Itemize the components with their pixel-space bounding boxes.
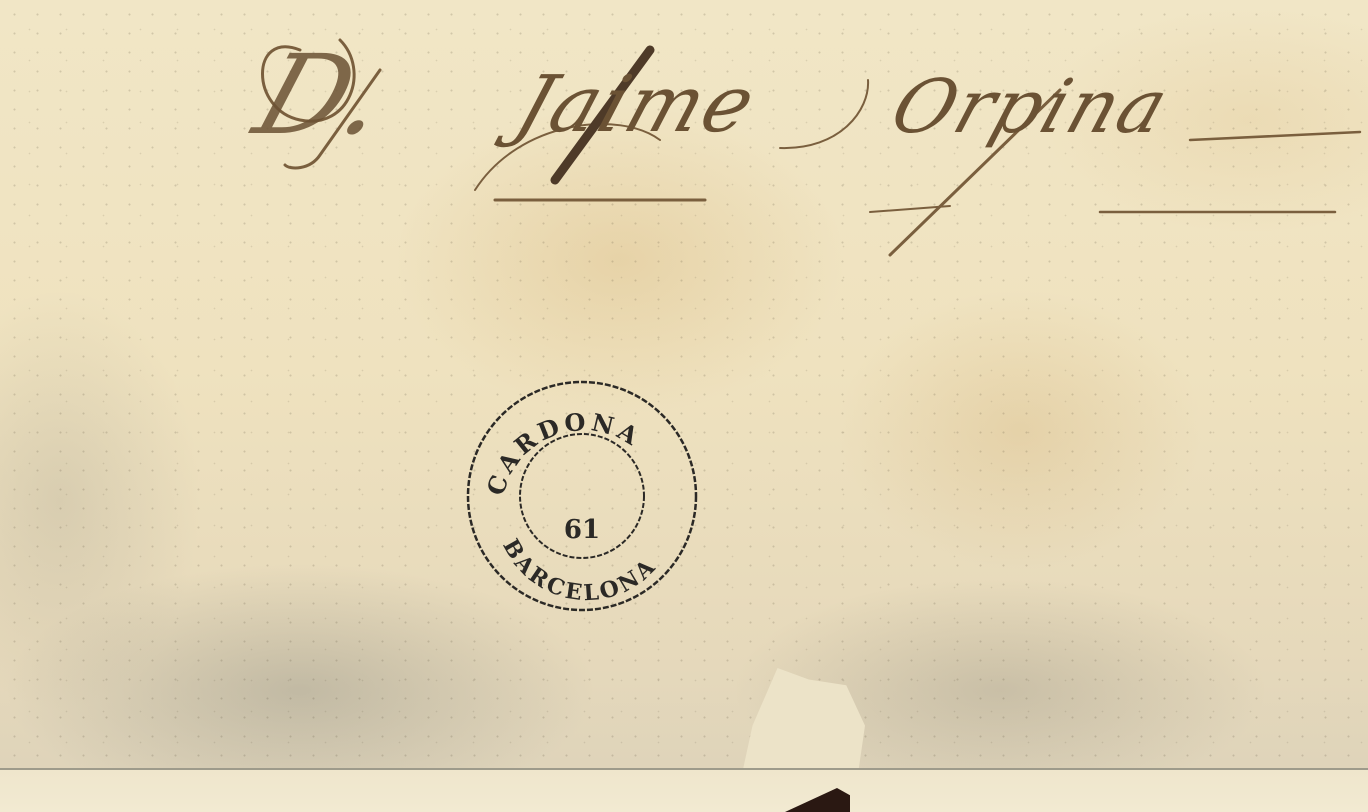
address-last-name: Orpina bbox=[883, 70, 1178, 144]
envelope-bottom-edge bbox=[0, 768, 1368, 812]
postmark-town: CARDONA bbox=[481, 407, 647, 499]
postmark-cancellation: CARDONA BARCELONA 61 bbox=[464, 378, 700, 614]
address-first-name: Jaime bbox=[507, 66, 765, 144]
postmark-year: 61 bbox=[564, 515, 600, 545]
svg-text:CARDONA: CARDONA bbox=[481, 407, 647, 499]
envelope-cover: D. Jaime Orpina CARDONA BARCELONA 61 bbox=[0, 0, 1368, 812]
